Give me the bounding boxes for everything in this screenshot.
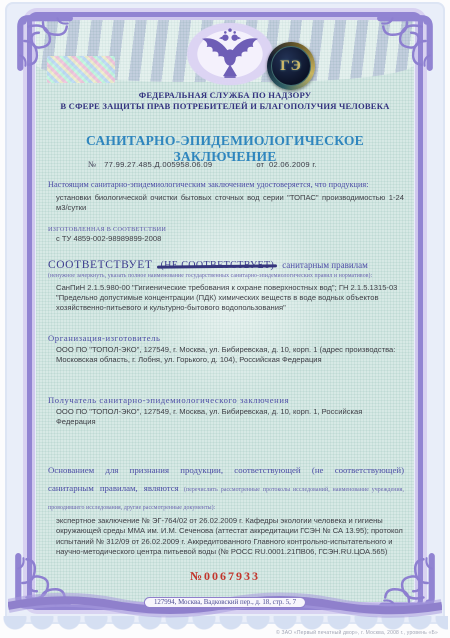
- compliance-section: СООТВЕТСТВУЕТ (НЕ СООТВЕТСТВУЕТ) санитар…: [48, 255, 404, 314]
- made-in-accordance-section: изготовленная в соответствии с ТУ 4859-0…: [48, 226, 404, 244]
- certificate-document: ГЭ ФЕДЕРАЛЬНАЯ СЛУЖБА ПО НАДЗОРУ В СФЕРЕ…: [0, 0, 450, 638]
- blank-serial-number: №0067933: [0, 569, 450, 584]
- certification-statement: Настоящим санитарно-эпидемиологическим з…: [48, 174, 404, 214]
- agency-line1: ФЕДЕРАЛЬНАЯ СЛУЖБА ПО НАДЗОРУ: [44, 90, 406, 101]
- basis-documents: экспертное заключение № ЭГ-764/02 от 26.…: [56, 516, 404, 557]
- product-description: установки биологической очистки бытовых …: [56, 193, 404, 214]
- hologram-seal-icon: ГЭ: [267, 42, 315, 90]
- made-label: изготовленная в соответствии: [48, 226, 404, 234]
- corner-ornament-icon: [376, 10, 438, 72]
- basis-section: Основанием для признания продукции, соот…: [48, 460, 404, 557]
- not-complies-word-struck: (НЕ СООТВЕТСТВУЕТ): [160, 260, 274, 271]
- agency-line2: В СФЕРЕ ЗАЩИТЫ ПРАВ ПОТРЕБИТЕЛЕЙ И БЛАГО…: [44, 101, 406, 112]
- date-label: от: [256, 160, 264, 169]
- certificate-number-line: № 77.99.27.485.Д.005958.06.09 от 02.06.2…: [88, 159, 400, 169]
- number-sign: №: [88, 159, 96, 169]
- issuer-address: 127994, Москва, Вадковский пер., д. 18, …: [144, 597, 306, 608]
- complies-word: СООТВЕТСТВУЕТ: [48, 259, 152, 271]
- compliance-fine-print: (ненужное зачеркнуть, указать полное наи…: [48, 273, 404, 281]
- certify-lead: Настоящим санитарно-эпидемиологическим з…: [48, 180, 369, 189]
- corner-ornament-icon: [12, 10, 74, 72]
- coat-of-arms-badge: [186, 22, 274, 86]
- hologram-letters: ГЭ: [271, 46, 311, 86]
- bottom-ribbon: 127994, Москва, Вадковский пер., д. 18, …: [8, 590, 442, 624]
- recipient-section: Получатель санитарно-эпидемиологического…: [48, 395, 404, 428]
- manufacturer-value: ООО ПО "ТОПОЛ-ЭКО", 127549, г. Москва, у…: [56, 345, 404, 366]
- sanitary-rules-list: СанПиН 2.1.5.980-00 "Гигиенические требо…: [56, 283, 404, 314]
- compliance-heading: СООТВЕТСТВУЕТ (НЕ СООТВЕТСТВУЕТ) санитар…: [48, 255, 404, 273]
- certificate-number: 77.99.27.485.Д.005958.06.09: [104, 160, 212, 169]
- technical-conditions: с ТУ 4859-002-98989899-2008: [56, 234, 404, 244]
- double-headed-eagle-icon: [195, 26, 265, 82]
- agency-name: ФЕДЕРАЛЬНАЯ СЛУЖБА ПО НАДЗОРУ В СФЕРЕ ЗА…: [44, 90, 406, 112]
- certificate-date: 02.06.2009 г.: [269, 160, 317, 169]
- recipient-label: Получатель санитарно-эпидемиологического…: [48, 395, 404, 406]
- sanitary-rules-suffix: санитарным правилам: [282, 260, 368, 270]
- manufacturer-label: Организация-изготовитель: [48, 333, 404, 344]
- manufacturer-section: Организация-изготовитель ООО ПО "ТОПОЛ-Э…: [48, 333, 404, 366]
- recipient-value: ООО ПО "ТОПОЛ-ЭКО", 127549, г. Москва, у…: [56, 407, 404, 428]
- printing-house-note: © ЗАО «Первый печатный двор», г. Москва,…: [276, 630, 438, 636]
